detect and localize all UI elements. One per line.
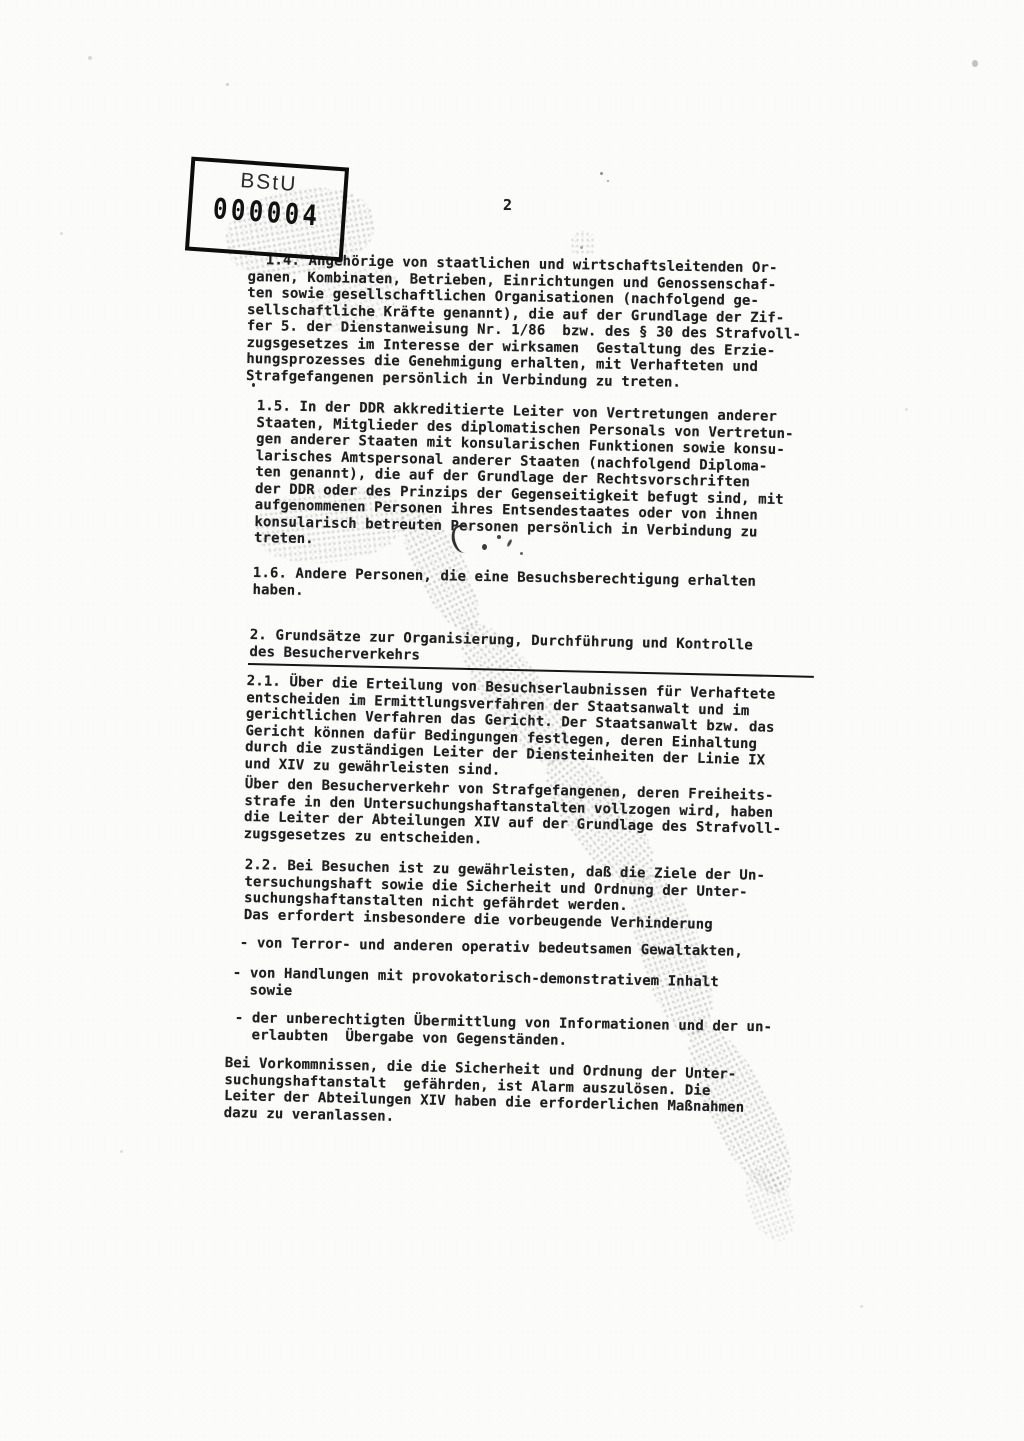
noise-dot [60, 232, 63, 235]
bullet-handlungen: - von Handlungen mit provokatorisch-demo… [232, 965, 860, 1010]
paragraph-2-1b: Über den Besucherverkehr von Strafgefang… [244, 776, 860, 856]
paragraph-1-6: 1.6. Andere Personen, die eine Besuchsbe… [252, 565, 859, 609]
bullet-uebermittlung: - der unberechtigten Übermittlung von In… [234, 1010, 859, 1054]
noise-dot [972, 60, 978, 67]
noise-dot [607, 180, 609, 182]
noise-dot [905, 408, 908, 411]
noise-dot [580, 246, 583, 249]
document-body: 1.4. Angehörige von staatlichen und wirt… [240, 252, 860, 1121]
noise-dot [226, 83, 229, 86]
scanned-document-page: BStU 000004 2 1.4. Angehörige von staatl… [0, 0, 1024, 1441]
bullet-terror: - von Terror- und anderen operativ bedeu… [240, 935, 860, 962]
noise-dot [600, 172, 603, 175]
paragraph-1-5: 1.5. In der DDR akkreditierte Leiter von… [254, 398, 860, 559]
ink-smudge [497, 535, 501, 539]
paragraph-1-4: 1.4. Angehörige von staatlichen und wirt… [246, 252, 860, 394]
ink-smudge [520, 552, 523, 555]
paragraph-2-1: 2.1. Über die Erteilung von Besuchserlau… [244, 673, 859, 788]
paragraph-2-2: 2.2. Bei Besuchen ist zu gewährleisten, … [244, 857, 860, 936]
ink-smudge [482, 544, 487, 550]
page-number: 2 [503, 196, 512, 214]
ink-smudge [252, 383, 255, 387]
noise-dot [860, 1305, 863, 1308]
noise-dot [88, 56, 92, 60]
paragraph-closing: Bei Vorkommnissen, die die Sicherheit un… [224, 1055, 860, 1135]
bstu-stamp: BStU 000004 [185, 157, 349, 262]
noise-dot [120, 1150, 123, 1153]
